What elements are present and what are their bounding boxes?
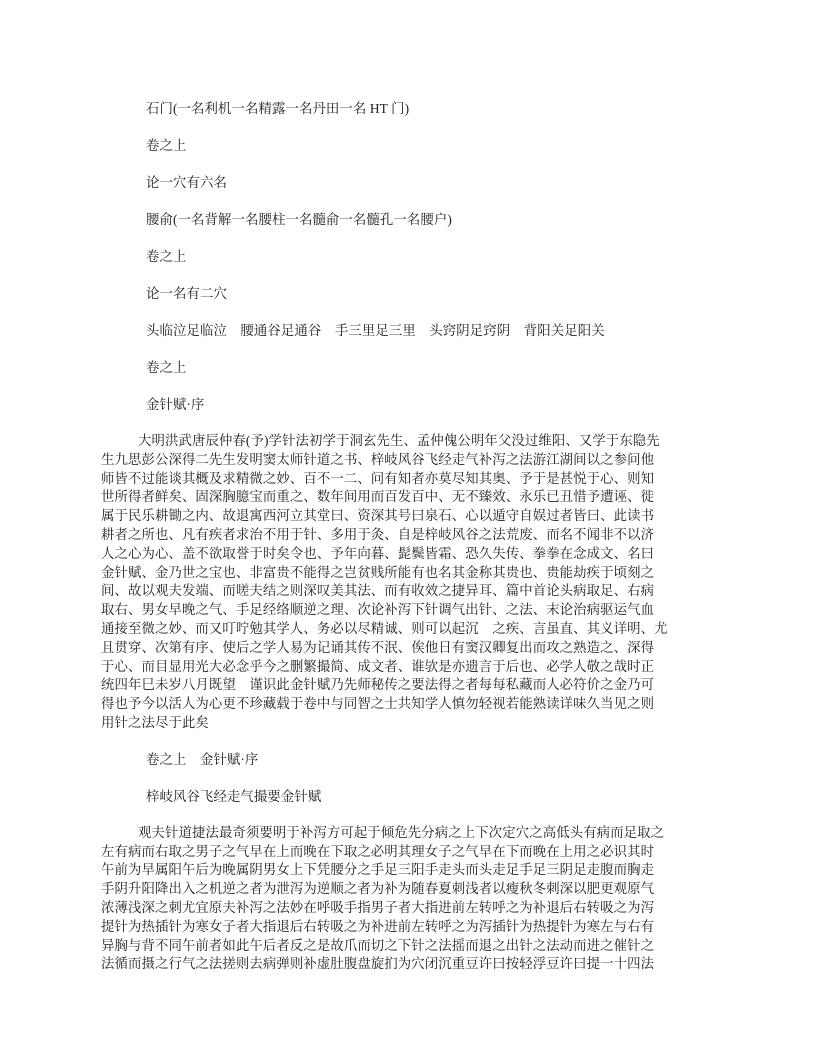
- preface-paragraph: 大明洪武唐辰仲春(予)学针法初学于洞玄先生、孟仲傀公明年父没过维阳、又学于东隐先…: [101, 432, 741, 733]
- document-content: 石门(一名利机一名精露一名丹田一名 HT 门) 卷之上 论一穴有六名 腰俞(一名…: [101, 99, 741, 991]
- heading-one-name-two-points: 论一名有二穴: [101, 284, 741, 304]
- heading-golden-needle-ode-preface: 金针赋·序: [101, 395, 741, 415]
- heading-one-point-six-names: 论一穴有六名: [101, 173, 741, 193]
- heading-volume-upper-2: 卷之上: [101, 247, 741, 267]
- heading-volume-upper-preface: 卷之上 金针赋·序: [101, 750, 741, 770]
- document-page: 石门(一名利机一名精露一名丹田一名 HT 门) 卷之上 论一穴有六名 腰俞(一名…: [0, 0, 816, 1056]
- heading-shimen-point: 石门(一名利机一名精露一名丹田一名 HT 门): [101, 99, 741, 119]
- heading-point-pairs-list: 头临泣足临泣 腰通谷足通谷 手三里足三里 头窍阴足窍阴 背阳关足阳关: [101, 321, 741, 341]
- ode-body-paragraph: 观夫针道捷法最奇须要明于补泻方可起于倾危先分病之上下次定穴之高低头有病而足取之 …: [101, 824, 741, 974]
- heading-volume-upper-1: 卷之上: [101, 136, 741, 156]
- heading-yaoshu-point: 腰俞(一名背解一名腰柱一名髓俞一名髓孔一名腰户): [101, 210, 741, 230]
- heading-ziqi-fenggu-ode: 梓岐风谷飞经走气撮要金针赋: [101, 787, 741, 807]
- heading-volume-upper-3: 卷之上: [101, 358, 741, 378]
